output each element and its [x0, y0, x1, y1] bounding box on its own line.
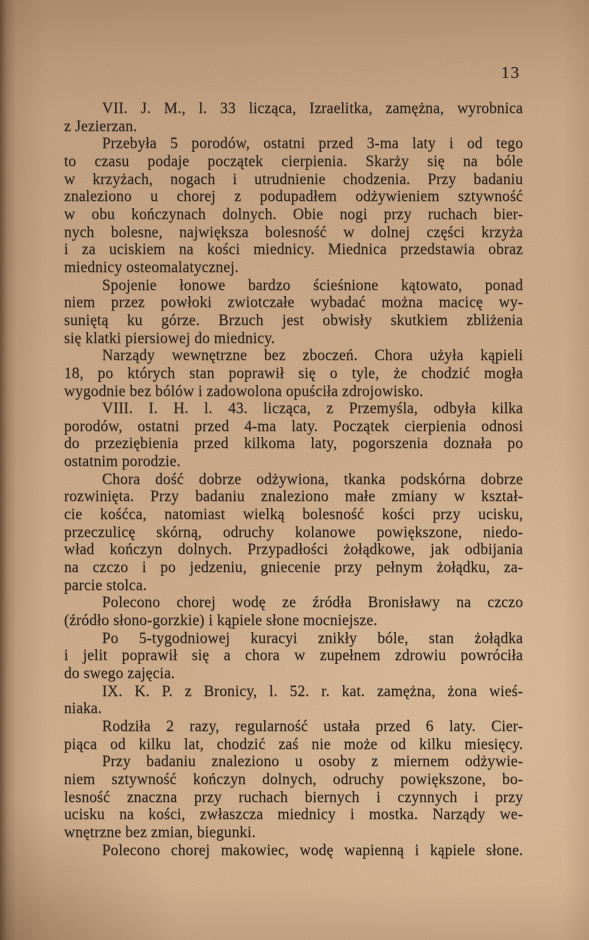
paragraph: Polecono chorej wodę ze źródła Bronisław…	[64, 594, 523, 629]
paragraph: Spojenie łonowe bardzo ścieśnione kątowa…	[64, 277, 523, 348]
text-line: Spojenie łonowe bardzo ścieśnione kątowa…	[64, 277, 523, 295]
text-line: Rodziła 2 razy, regularność ustała przed…	[64, 718, 523, 736]
text-line: i jelit poprawił się a chora w zupełnem …	[64, 647, 523, 665]
text-line: Przy badaniu znaleziono u osoby z mierne…	[64, 753, 523, 771]
text-line: rozwinięta. Przy badaniu znaleziono małe…	[64, 488, 523, 506]
text-line: ostatnim porodzie.	[64, 453, 523, 471]
paragraph: Po 5-tygodniowej kuracyi znikły bóle, st…	[64, 630, 523, 683]
page-text: VII. J. M., l. 33 licząca, Izraelitka, z…	[64, 100, 523, 859]
paragraph: Przy badaniu znaleziono u osoby z mierne…	[64, 753, 523, 841]
text-line: piąca od kilku lat, chodzić zaś nie może…	[64, 736, 523, 754]
text-line: wnętrzne bez zmian, biegunki.	[64, 824, 523, 842]
text-line: lesność znaczna przy ruchach biernych i …	[64, 789, 523, 807]
paragraph: VIII. I. H. l. 43. licząca, z Przemyśla,…	[64, 400, 523, 471]
text-line: w krzyżach, nogach i utrudnienie chodzen…	[64, 171, 523, 189]
paragraph: Polecono chorej makowiec, wodę wapienną …	[64, 842, 523, 860]
text-line: przeczulicę skórną, odruchy kolanowe pow…	[64, 524, 523, 542]
paragraph: Narządy wewnętrzne bez zboczeń. Chora uż…	[64, 347, 523, 400]
text-line: nych bolesne, największa bolesność w dol…	[64, 224, 523, 242]
text-line: suniętą ku górze. Brzuch jest obwisły sk…	[64, 312, 523, 330]
text-line: porodów, ostatni przed 4-ma laty. Począt…	[64, 418, 523, 436]
text-line: wład kończyn dolnych. Przypadłości żołąd…	[64, 541, 523, 559]
text-line: i za uciskiem na kości miednicy. Miednic…	[64, 241, 523, 259]
text-line: to czasu podaje początek cierpienia. Ska…	[64, 153, 523, 171]
text-line: do swego zajęcia.	[64, 665, 523, 683]
text-line: (źródło słono-gorzkie) i kąpiele słone m…	[64, 612, 523, 630]
text-line: Chora dość dobrze odżywiona, tkanka pods…	[64, 471, 523, 489]
text-line: się klatki piersiowej do miednicy.	[64, 330, 523, 348]
paragraph: Przebyła 5 porodów, ostatni przed 3-ma l…	[64, 135, 523, 276]
text-line: do przeziębienia przed kilkoma laty, pog…	[64, 435, 523, 453]
text-line: wygodnie bez bólów i zadowolona opuściła…	[64, 383, 523, 401]
text-line: Narządy wewnętrzne bez zboczeń. Chora uż…	[64, 347, 523, 365]
page-number: 13	[501, 63, 520, 83]
text-line: znaleziono u chorej z podupadłem odżywie…	[64, 188, 523, 206]
text-line: niaka.	[64, 700, 523, 718]
text-line: IX. K. P. z Bronicy, l. 52. r. kat. zamę…	[64, 683, 523, 701]
text-line: parcie stolca.	[64, 577, 523, 595]
text-line: 18, po których stan poprawił się o tyle,…	[64, 365, 523, 383]
text-line: miednicy osteomalatycznej.	[64, 259, 523, 277]
text-line: z Jezierzan.	[64, 118, 523, 136]
paragraph: VII. J. M., l. 33 licząca, Izraelitka, z…	[64, 100, 523, 135]
text-line: Polecono chorej wodę ze źródła Bronisław…	[64, 594, 523, 612]
text-line: Po 5-tygodniowej kuracyi znikły bóle, st…	[64, 630, 523, 648]
text-line: Polecono chorej makowiec, wodę wapienną …	[64, 842, 523, 860]
text-line: VIII. I. H. l. 43. licząca, z Przemyśla,…	[64, 400, 523, 418]
text-line: ucisku na kości, zwłaszcza miednicy i mo…	[64, 806, 523, 824]
text-line: niem przez powłoki zwiotczałe wybadać mo…	[64, 294, 523, 312]
paragraph: IX. K. P. z Bronicy, l. 52. r. kat. zamę…	[64, 683, 523, 718]
paragraph: Rodziła 2 razy, regularność ustała przed…	[64, 718, 523, 753]
text-line: niem sztywność kończyn dolnych, odruchy …	[64, 771, 523, 789]
text-line: w obu kończynach dolnych. Obie nogi przy…	[64, 206, 523, 224]
book-page: 13 VII. J. M., l. 33 licząca, Izraelitka…	[0, 0, 589, 940]
text-line: na czczo i po jedzeniu, gniecenie przy p…	[64, 559, 523, 577]
paragraph: Chora dość dobrze odżywiona, tkanka pods…	[64, 471, 523, 595]
text-line: cie kośćca, natomiast wielką bolesność k…	[64, 506, 523, 524]
text-line: VII. J. M., l. 33 licząca, Izraelitka, z…	[64, 100, 523, 118]
text-line: Przebyła 5 porodów, ostatni przed 3-ma l…	[64, 135, 523, 153]
